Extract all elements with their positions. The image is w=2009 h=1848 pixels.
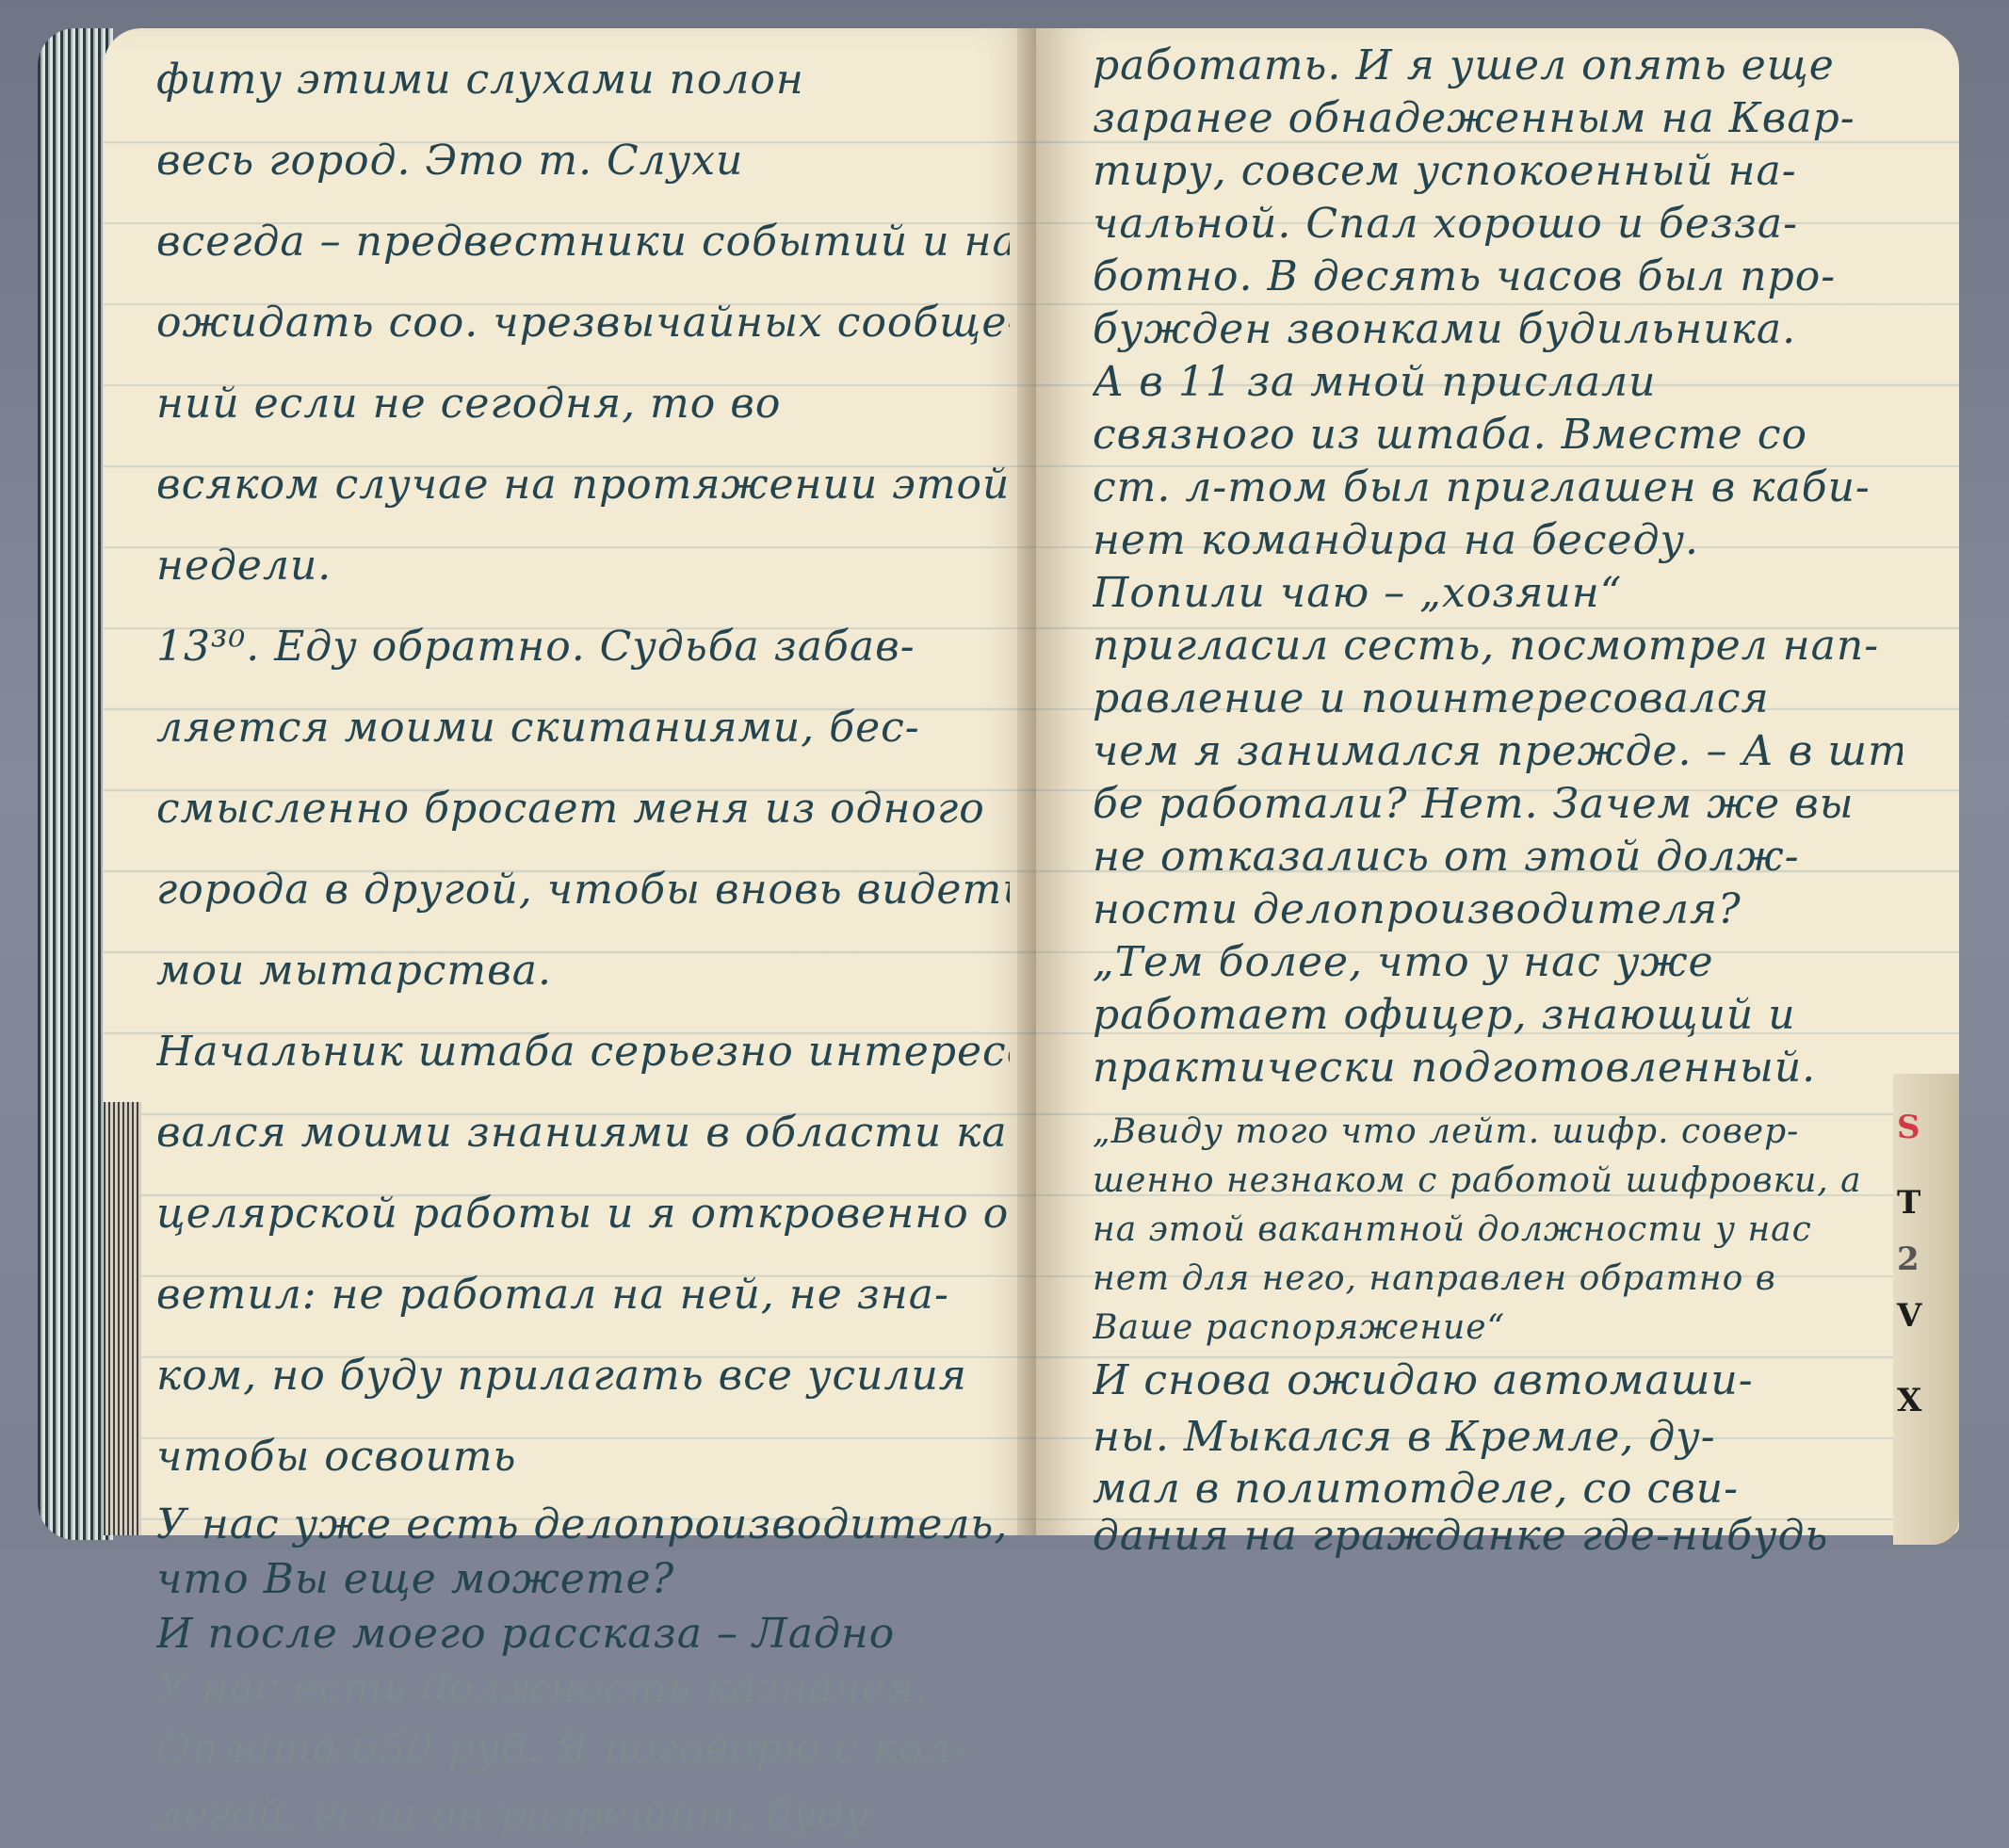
handwritten-line: на этой вакантной должности у нас	[1093, 1206, 1903, 1255]
handwritten-line: ст. л-том был приглашен в каби-	[1093, 462, 1903, 514]
handwritten-line: чем я занимался прежде. – А в шта-	[1093, 725, 1903, 778]
index-tab-letter: 2	[1897, 1243, 1920, 1275]
handwritten-line: Попили чаю – „хозяин“	[1093, 567, 1903, 620]
handwritten-line: ляется моими скитаниями, бес-	[156, 688, 1010, 769]
handwritten-line: города в другой, чтобы вновь видеть	[156, 850, 1010, 931]
handwritten-line: ветил: не работал на ней, не зна-	[156, 1255, 1010, 1336]
handwritten-line: фиту этими слухами полон	[156, 40, 1010, 121]
left-page: фиту этими слухами полон весь город. Это…	[104, 28, 1036, 1535]
handwritten-line: чальной. Спал хорошо и безза-	[1093, 198, 1903, 251]
right-page-text: работать. И я ушел опять еще заранее обн…	[1036, 28, 1959, 1535]
left-page-text: фиту этими слухами полон весь город. Это…	[104, 28, 1036, 1535]
index-tab-letter: V	[1897, 1300, 1921, 1332]
notebook-spread: фиту этими слухами полон весь город. Это…	[38, 19, 1978, 1540]
handwritten-line: дания на гражданке где-нибудь	[1093, 1513, 1903, 1550]
handwritten-line: чтобы освоить	[156, 1417, 1010, 1498]
handwritten-line: А в 11 за мной прислали	[1093, 356, 1903, 409]
handwritten-line: тиру, совсем успокоенный на-	[1093, 145, 1903, 198]
handwritten-line: ожидать соо. чрезвычайных сообще-	[156, 283, 1010, 364]
handwritten-line: всегда – предвестники событий и надо	[156, 202, 1010, 283]
handwritten-line: равление и поинтересовался	[1093, 673, 1903, 725]
handwritten-line: „Ввиду того что лейт. шифр. совер-	[1093, 1108, 1903, 1157]
handwritten-line: ний если не сегодня, то во	[156, 364, 1010, 445]
handwritten-line: связного из штаба. Вместе со	[1093, 409, 1903, 462]
index-tab-letter: S	[1897, 1111, 1920, 1143]
handwritten-line: работать. И я ушел опять еще	[1093, 40, 1903, 92]
handwritten-line: мои мытарства.	[156, 931, 1010, 1012]
handwritten-line: смысленно бросает меня из одного	[156, 769, 1010, 850]
handwritten-line: бе работали? Нет. Зачем же вы	[1093, 778, 1903, 831]
handwritten-line: бужден звонками будильника.	[1093, 303, 1903, 356]
handwritten-line: ности делопроизводителя?	[1093, 883, 1903, 936]
handwritten-line: не отказались от этой долж-	[1093, 831, 1903, 883]
handwritten-line: работает офицер, знающий и	[1093, 989, 1903, 1042]
handwritten-line: ны. Мыкался в Кремле, ду-	[1093, 1409, 1903, 1466]
handwritten-line: весь город. Это т. Слухи	[156, 121, 1010, 202]
handwritten-line: Ваше распоряжение“	[1093, 1304, 1903, 1353]
handwritten-line: нет командира на беседу.	[1093, 514, 1903, 567]
handwritten-line: вался моими знаниями в области кан-	[156, 1093, 1010, 1174]
handwritten-line: Начальник штаба серьезно интересо-	[156, 1012, 1010, 1093]
handwritten-line: мал в политотделе, со сви-	[1093, 1466, 1903, 1513]
handwritten-line: „Тем более, что у нас уже	[1093, 936, 1903, 989]
index-tab-letter: T	[1897, 1187, 1920, 1219]
handwritten-line: всяком случае на протяжении этой	[156, 445, 1010, 526]
handwritten-line: ботно. В десять часов был про-	[1093, 251, 1903, 303]
handwritten-line-time-entry: 13³⁰. Еду обратно. Судьба забав-	[156, 607, 1010, 688]
handwritten-line: целярской работы и я откровенно от-	[156, 1174, 1010, 1255]
handwritten-line: практически подготовленный.	[1093, 1042, 1903, 1108]
handwritten-line: заранее обнадеженным на Квар-	[1093, 92, 1903, 145]
handwritten-line: нет для него, направлен обратно в	[1093, 1255, 1903, 1304]
right-page: работать. И я ушел опять еще заранее обн…	[1036, 28, 1959, 1535]
handwritten-line: шенно незнаком с работой шифровки, а	[1093, 1157, 1903, 1206]
handwritten-line: недели.	[156, 526, 1010, 607]
handwritten-line: пригласил сесть, посмотрел нап-	[1093, 620, 1903, 673]
handwritten-line: И снова ожидаю автомаши-	[1093, 1353, 1903, 1409]
index-tabs-edge: S T 2 V X	[1893, 1074, 1959, 1545]
index-tab-letter: X	[1897, 1385, 1921, 1417]
page-stack-edge-left	[38, 28, 113, 1540]
handwritten-line: ком, но буду прилагать все усилия	[156, 1336, 1010, 1417]
handwritten-line: У нас уже есть делопроизводитель,	[156, 1498, 1010, 1550]
